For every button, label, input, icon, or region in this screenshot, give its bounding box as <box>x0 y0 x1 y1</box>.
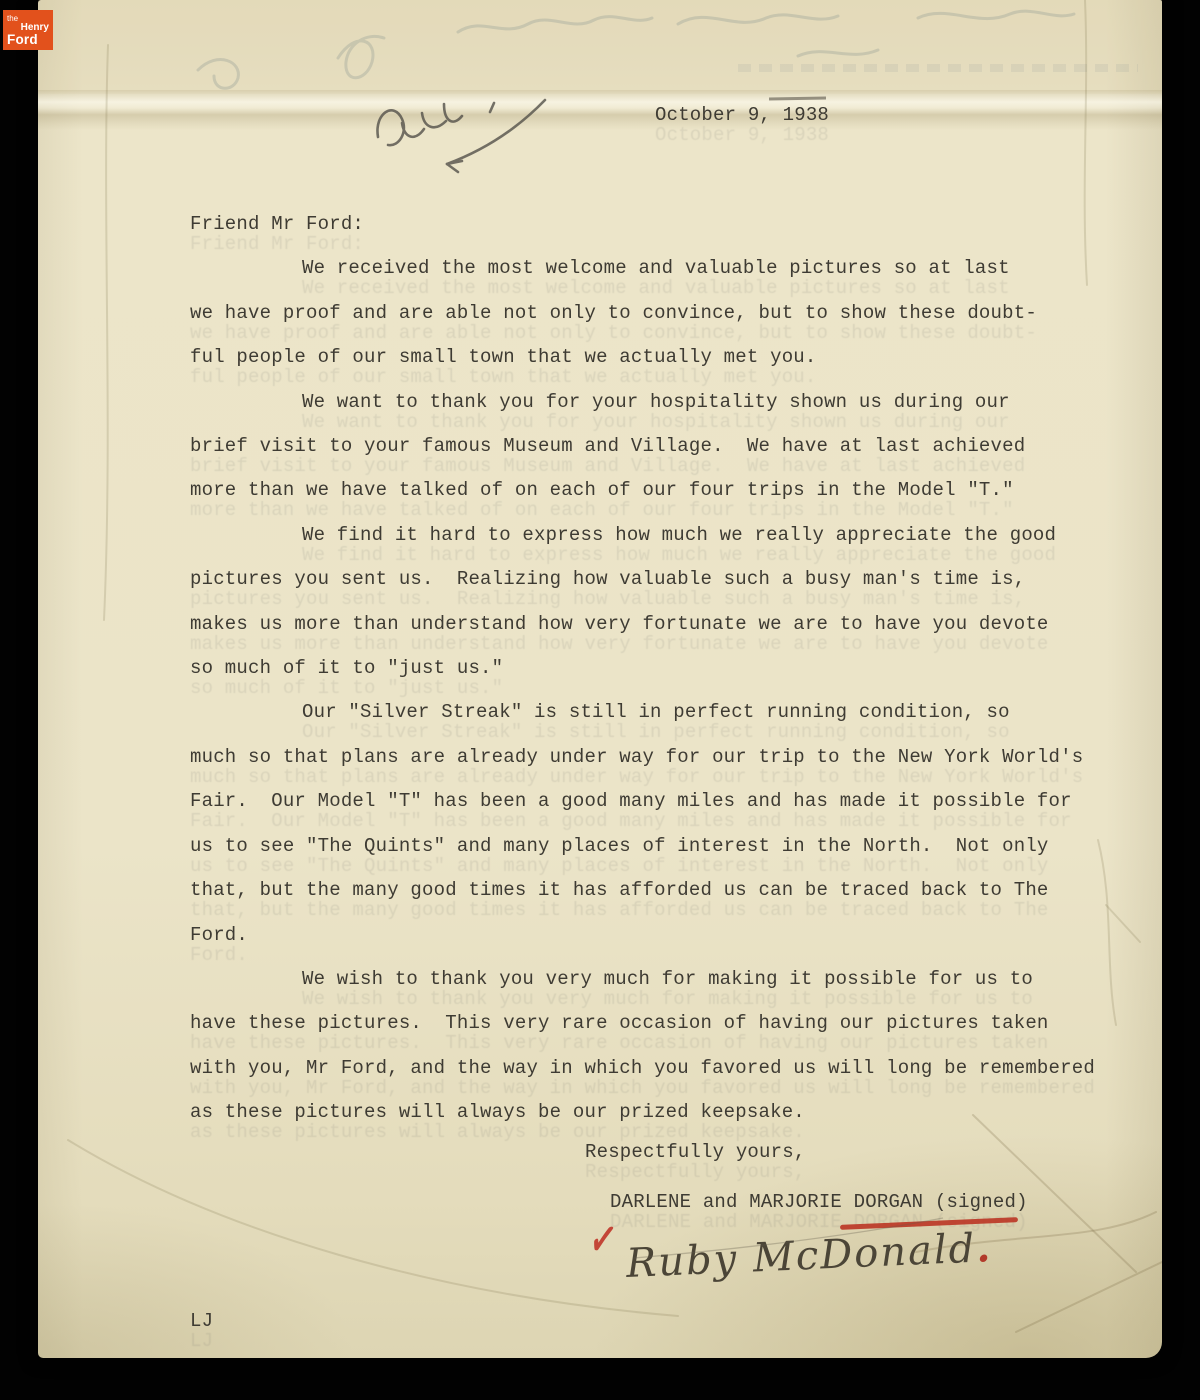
letter-page: October 9, 1938 Friend Mr Ford: We recei… <box>38 0 1162 1358</box>
closing: Respectfully yours, <box>585 1141 805 1163</box>
logo-word-henry: Henry <box>7 23 49 33</box>
paragraph-4: Our "Silver Streak" is still in perfect … <box>190 690 1165 956</box>
typed-signature-before: DARLENE and MARJORIE <box>610 1191 854 1213</box>
henry-ford-logo: the Henry Ford <box>3 10 53 50</box>
salutation: Friend Mr Ford: <box>190 202 1165 246</box>
fold-crease <box>38 90 1162 130</box>
letter-date: October 9, 1938 <box>655 104 829 126</box>
typed-signature-underlined-name: DORGAN <box>854 1191 924 1213</box>
typed-signature-after: (signed) <box>923 1191 1027 1213</box>
typed-signature: DARLENE and MARJORIE DORGAN (signed) <box>610 1191 1028 1213</box>
signature-period: . <box>975 1224 993 1272</box>
paragraph-1: We received the most welcome and valuabl… <box>190 246 1165 379</box>
scan-background: October 9, 1938 Friend Mr Ford: We recei… <box>0 0 1200 1400</box>
red-checkmark: ✓ <box>586 1210 620 1268</box>
paragraph-2: We want to thank you for your hospitalit… <box>190 380 1165 513</box>
paragraph-5: We wish to thank you very much for makin… <box>190 957 1165 1135</box>
handwritten-name: Ruby McDonald <box>625 1226 977 1287</box>
typist-initials: LJ <box>190 1310 213 1332</box>
fold-top-tint <box>38 0 1162 94</box>
handwritten-signature: Ruby McDonald. <box>625 1224 993 1287</box>
logo-word-ford: Ford <box>7 33 49 46</box>
paragraph-3: We find it hard to express how much we r… <box>190 513 1165 691</box>
letter-body: Friend Mr Ford: We received the most wel… <box>190 202 1165 1135</box>
